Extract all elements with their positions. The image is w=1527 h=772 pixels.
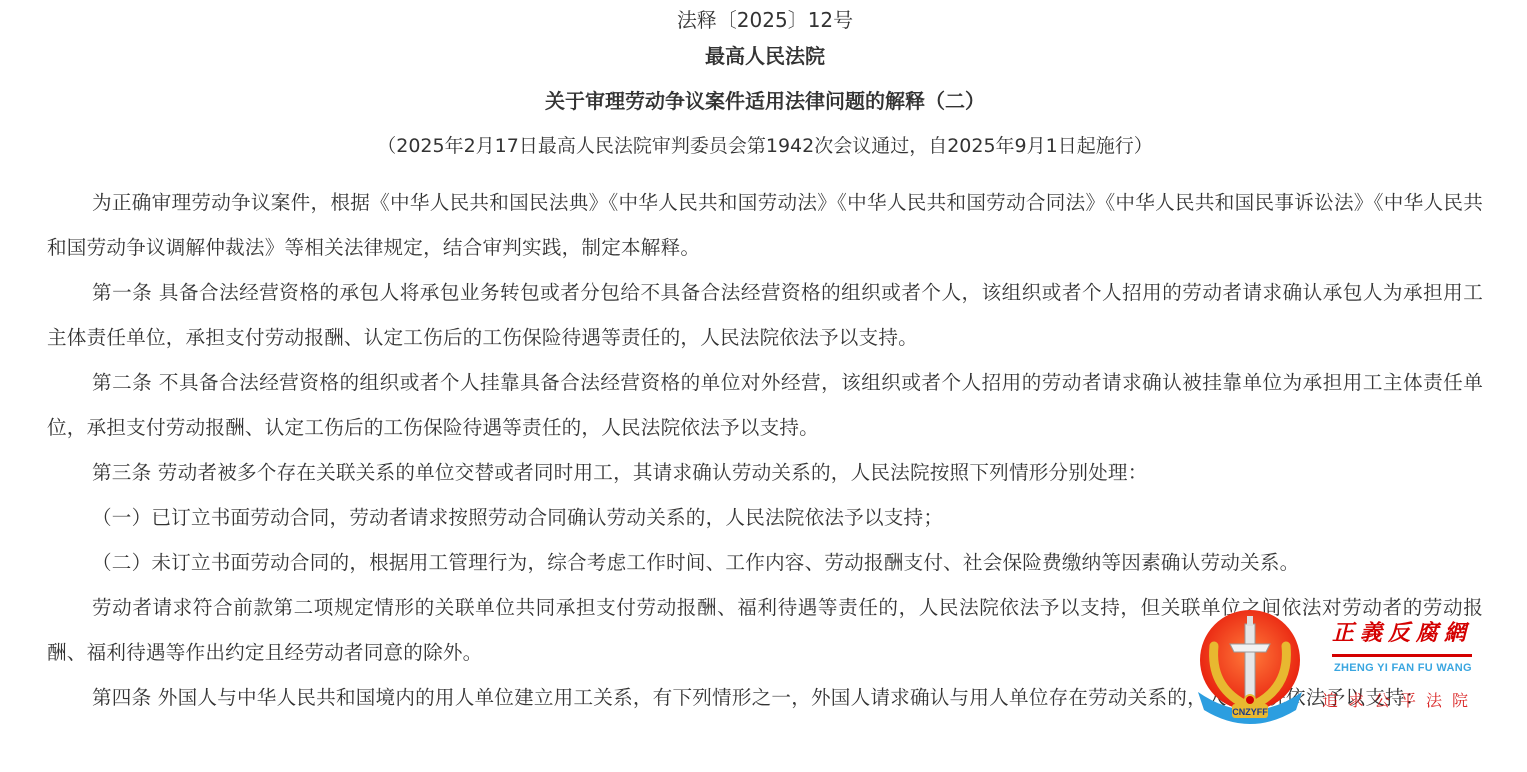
article-3: 第三条 劳动者被多个存在关联关系的单位交替或者同时用工，其请求确认劳动关系的，人… [47,450,1483,495]
preamble-paragraph: 为正确审理劳动争议案件，根据《中华人民共和国民法典》《中华人民共和国劳动法》《中… [47,180,1483,270]
document-number: 法释〔2025〕12号 [47,0,1483,45]
emblem-icon: CNZYFF [1196,606,1304,724]
watermark-name-en: ZHENG YI FAN FU WANG [1334,662,1472,674]
article-1: 第一条 具备合法经营资格的承包人将承包业务转包或者分包给不具备合法经营资格的组织… [47,270,1483,360]
watermark-logo: CNZYFF 正義反腐網 ZHENG YI FAN FU WANG 追求公平法院 [1192,602,1492,722]
document-title: 关于审理劳动争议案件适用法律问题的解释（二） [47,90,1483,135]
article-3-item-1: （一）已订立书面劳动合同，劳动者请求按照劳动合同确认劳动关系的，人民法院依法予以… [47,495,1483,540]
issuer-heading: 最高人民法院 [47,45,1483,90]
watermark-name-cn: 正義反腐網 [1332,616,1472,647]
article-2: 第二条 不具备合法经营资格的组织或者个人挂靠具备合法经营资格的单位对外经营，该组… [47,360,1483,450]
svg-text:CNZYFF: CNZYFF [1232,707,1268,717]
adoption-note: （2025年2月17日最高人民法院审判委员会第1942次会议通过，自2025年9… [47,135,1483,180]
watermark-divider [1332,654,1472,657]
watermark-slogan: 追求公平法院 [1322,688,1478,711]
article-3-item-2: （二）未订立书面劳动合同的，根据用工管理行为，综合考虑工作时间、工作内容、劳动报… [47,540,1483,585]
